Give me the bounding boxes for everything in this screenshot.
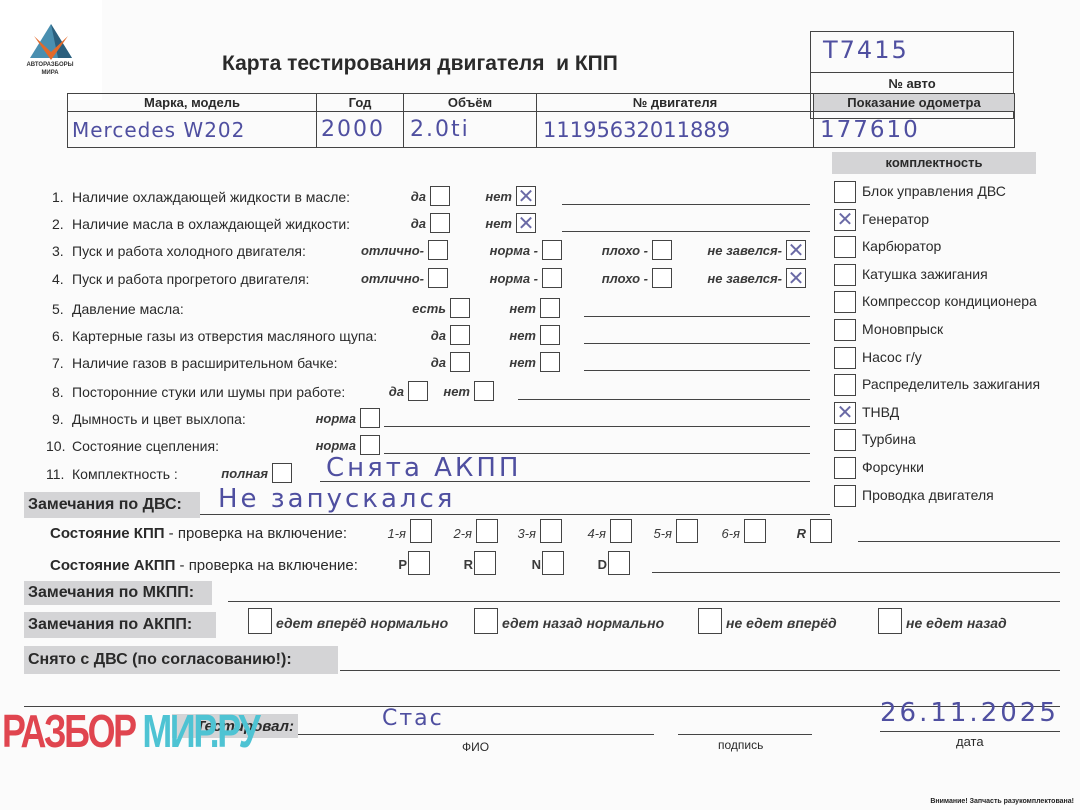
engine-remarks-line (200, 514, 830, 515)
completeness-item-label: Катушка зажигания (862, 266, 988, 282)
tested-name-line (298, 734, 654, 735)
option-checkbox[interactable] (540, 325, 560, 345)
question-number: 8. (52, 384, 64, 400)
akpp-mode-checkbox[interactable] (408, 551, 430, 575)
completeness-checkbox[interactable] (834, 457, 856, 479)
kpp-line (858, 541, 1060, 542)
question-notes-line[interactable] (584, 370, 810, 371)
option-checkbox[interactable] (450, 352, 470, 372)
option-label: нет (509, 328, 536, 343)
car-number-value: T7415 (823, 36, 909, 64)
logo-text-1: АВТОРАЗБОРЫ (0, 62, 100, 68)
akpp-label-rest: - проверка на включение: (175, 557, 358, 574)
completeness-item-label: Компрессор кондиционера (862, 293, 1037, 309)
question-text: Пуск и работа холодного двигателя: (72, 243, 306, 259)
watermark: РАЗБОР МИР.РУ (2, 708, 258, 754)
option-label: плохо - (602, 271, 648, 286)
option-checkbox[interactable] (408, 381, 428, 401)
watermark-part1: РАЗБОР (2, 705, 135, 757)
option-checkbox[interactable] (450, 325, 470, 345)
completeness-checkbox[interactable] (834, 209, 856, 231)
question-number: 1. (52, 189, 64, 205)
question-number: 4. (52, 271, 64, 287)
completeness-item-label: Генератор (862, 211, 929, 227)
question-notes-line[interactable] (384, 426, 810, 427)
question-notes-line[interactable] (562, 231, 810, 232)
option-label: норма (316, 411, 356, 426)
akpp-remarks-label-text: Замечания по АКПП: (28, 616, 192, 634)
col-model: Марка, модель (68, 94, 317, 112)
completeness-item-label: Проводка двигателя (862, 487, 994, 503)
question-text: Наличие газов в расширительном бачке: (72, 355, 338, 371)
kpp-gear-checkbox[interactable] (476, 519, 498, 543)
question-notes-line[interactable] (562, 204, 810, 205)
completeness-title: комплектность (832, 152, 1036, 174)
option-checkbox[interactable] (542, 268, 562, 288)
car-number-divider (811, 72, 1013, 73)
question-text: Наличие масла в охлаждающей жидкости: (72, 216, 350, 232)
option-checkbox[interactable] (428, 240, 448, 260)
kpp-label: Состояние КПП - проверка на включение: (50, 525, 347, 542)
odometer-value[interactable]: 177610 (814, 112, 1015, 148)
question-number: 7. (52, 355, 64, 371)
date-line (880, 731, 1060, 732)
kpp-gear-label: 6-я (721, 526, 740, 541)
option-label: нет (485, 216, 512, 231)
option-label: плохо - (602, 243, 648, 258)
option-label: да (411, 216, 426, 231)
col-engine-no: № двигателя (537, 94, 814, 112)
question-notes-line[interactable] (584, 316, 810, 317)
question-text: Дымность и цвет выхлопа: (72, 411, 246, 427)
akpp-mode-checkbox[interactable] (474, 551, 496, 575)
akpp-remark-label: едет назад нормально (502, 615, 664, 631)
mkpp-remarks-label-text: Замечания по МКПП: (28, 584, 194, 602)
option-checkbox[interactable] (542, 240, 562, 260)
date-caption: дата (956, 734, 984, 749)
logo-text-2: МИРА (0, 70, 100, 76)
question-text: Наличие охлаждающей жидкости в масле: (72, 189, 350, 205)
question-text: Комплектность : (72, 466, 178, 482)
removed-label: Снято с ДВС (по согласованию!): (24, 646, 338, 674)
kpp-label-bold: Состояние КПП (50, 525, 165, 542)
removed-line-1[interactable] (340, 670, 1060, 671)
option-checkbox[interactable] (430, 213, 450, 233)
completeness-item-label: Распределитель зажигания (862, 376, 1040, 392)
option-label: да (431, 355, 446, 370)
completeness-item-label: ТНВД (862, 404, 899, 420)
question-number: 9. (52, 411, 64, 427)
akpp-remark-checkbox[interactable] (878, 608, 902, 634)
akpp-remark-checkbox[interactable] (698, 608, 722, 634)
kpp-gear-checkbox[interactable] (810, 519, 832, 543)
engine-remarks-label-text: Замечания по ДВС: (28, 496, 182, 514)
kpp-gear-label: 2-я (453, 526, 472, 541)
col-year: Год (317, 94, 404, 112)
option-label: не завелся- (707, 243, 782, 258)
car-number-label: № авто (811, 76, 1013, 91)
completeness-checkbox[interactable] (834, 374, 856, 396)
option-checkbox[interactable] (428, 268, 448, 288)
mkpp-remarks-line[interactable] (228, 601, 1060, 602)
logo: АВТОРАЗБОРЫ МИРА (0, 0, 102, 100)
watermark-part2: МИР.РУ (142, 705, 258, 757)
completeness-checkbox[interactable] (834, 319, 856, 341)
option-label: да (389, 384, 404, 399)
option-label: нет (509, 355, 536, 370)
question-notes-line[interactable] (584, 343, 810, 344)
engine-remarks-label: Замечания по ДВС: (24, 492, 200, 518)
option-label: отлично- (361, 271, 424, 286)
mkpp-remarks-label: Замечания по МКПП: (24, 581, 212, 605)
akpp-mode-label: R (464, 557, 473, 572)
option-checkbox[interactable] (786, 268, 806, 288)
vehicle-info-table: Марка, модель Год Объём № двигателя Пока… (67, 93, 1015, 148)
question-number: 11. (46, 466, 64, 482)
option-label: есть (412, 301, 446, 316)
option-checkbox[interactable] (450, 298, 470, 318)
akpp-label: Состояние АКПП - проверка на включение: (50, 557, 358, 574)
tested-name[interactable]: Стас (382, 706, 444, 731)
completeness-checkbox[interactable] (834, 291, 856, 313)
option-checkbox[interactable] (516, 213, 536, 233)
question-number: 6. (52, 328, 64, 344)
akpp-label-bold: Состояние АКПП (50, 557, 175, 574)
option-label: да (411, 189, 426, 204)
completeness-checkbox[interactable] (834, 181, 856, 203)
option-label: норма (316, 438, 356, 453)
completeness-checkbox[interactable] (834, 429, 856, 451)
kpp-gear-label: 4-я (587, 526, 606, 541)
year-value[interactable]: 2000 (317, 112, 404, 148)
kpp-gear-label: R (797, 526, 806, 541)
akpp-mode-label: D (598, 557, 607, 572)
akpp-line (652, 572, 1060, 573)
option-label: нет (509, 301, 536, 316)
kpp-gear-checkbox[interactable] (410, 519, 432, 543)
completeness-checkbox[interactable] (834, 236, 856, 258)
akpp-remark-checkbox[interactable] (248, 608, 272, 634)
akpp-remark-label: не едет вперёд (726, 615, 837, 631)
option-checkbox[interactable] (540, 352, 560, 372)
question-number: 10. (46, 438, 65, 454)
question-text: Давление масла: (72, 301, 184, 317)
col-odometer: Показание одометра (814, 94, 1015, 112)
option-label: нет (443, 384, 470, 399)
completeness-item-label: Карбюратор (862, 238, 941, 254)
option-checkbox[interactable] (786, 240, 806, 260)
signature-caption: подпись (718, 738, 763, 752)
option-checkbox[interactable] (360, 435, 380, 455)
option-label: не завелся- (707, 271, 782, 286)
kpp-label-rest: - проверка на включение: (165, 525, 348, 542)
question-text: Пуск и работа прогретого двигателя: (72, 271, 309, 287)
akpp-mode-checkbox[interactable] (542, 551, 564, 575)
col-volume: Объём (404, 94, 537, 112)
completeness-note[interactable]: Снята АКПП (326, 453, 521, 483)
option-label: норма - (490, 243, 538, 258)
akpp-remark-label: едет вперёд нормально (276, 615, 448, 631)
logo-mark-icon (28, 22, 74, 60)
option-checkbox[interactable] (430, 186, 450, 206)
kpp-gear-checkbox[interactable] (744, 519, 766, 543)
question-notes-line[interactable] (518, 399, 810, 400)
signature-line[interactable] (678, 734, 812, 735)
completeness-item-label: Турбина (862, 431, 916, 447)
option-checkbox[interactable] (360, 408, 380, 428)
akpp-remark-label: не едет назад (906, 615, 1007, 631)
option-checkbox[interactable] (516, 186, 536, 206)
completeness-item-label: Насос г/у (862, 349, 922, 365)
kpp-gear-checkbox[interactable] (540, 519, 562, 543)
akpp-mode-label: P (398, 557, 407, 572)
option-checkbox[interactable] (272, 463, 292, 483)
akpp-mode-checkbox[interactable] (608, 551, 630, 575)
model-value[interactable]: Mercedes W202 (68, 112, 317, 148)
engine-remarks-value[interactable]: Не запускался (218, 484, 455, 514)
date-value[interactable]: 26.11.2025 (880, 698, 1059, 728)
option-checkbox[interactable] (652, 240, 672, 260)
question-number: 2. (52, 216, 64, 232)
option-checkbox[interactable] (540, 298, 560, 318)
kpp-gear-checkbox[interactable] (676, 519, 698, 543)
footer-note: Внимание! Запчасть разукомплектована! (930, 798, 1074, 805)
completeness-item-label: Блок управления ДВС (862, 183, 1006, 199)
option-checkbox[interactable] (652, 268, 672, 288)
akpp-remarks-label: Замечания по АКПП: (24, 612, 216, 638)
page-title: Карта тестирования двигателя и КПП (222, 52, 618, 76)
option-label: норма - (490, 271, 538, 286)
completeness-checkbox[interactable] (834, 485, 856, 507)
removed-label-text: Снято с ДВС (по согласованию!): (28, 651, 292, 669)
completeness-item-label: Моновпрыск (862, 321, 943, 337)
completeness-title-text: комплектность (886, 155, 983, 170)
volume-value[interactable]: 2.0ti (404, 112, 537, 148)
question-text: Картерные газы из отверстия масляного щу… (72, 328, 377, 344)
kpp-gear-label: 1-я (387, 526, 406, 541)
kpp-gear-checkbox[interactable] (610, 519, 632, 543)
question-number: 3. (52, 243, 64, 259)
kpp-gear-label: 5-я (653, 526, 672, 541)
option-label: отлично- (361, 243, 424, 258)
question-text: Посторонние стуки или шумы при работе: (72, 384, 345, 400)
akpp-remark-checkbox[interactable] (474, 608, 498, 634)
option-label: нет (485, 189, 512, 204)
tested-name-caption: ФИО (462, 740, 489, 754)
option-label: полная (221, 466, 268, 481)
option-label: да (431, 328, 446, 343)
completeness-item-label: Форсунки (862, 459, 924, 475)
question-text: Состояние сцепления: (72, 438, 219, 454)
completeness-checkbox[interactable] (834, 264, 856, 286)
option-checkbox[interactable] (474, 381, 494, 401)
completeness-checkbox[interactable] (834, 347, 856, 369)
question-number: 5. (52, 301, 64, 317)
engine-no-value[interactable]: 11195632011889 (537, 112, 814, 148)
akpp-mode-label: N (532, 557, 541, 572)
kpp-gear-label: 3-я (517, 526, 536, 541)
completeness-checkbox[interactable] (834, 402, 856, 424)
